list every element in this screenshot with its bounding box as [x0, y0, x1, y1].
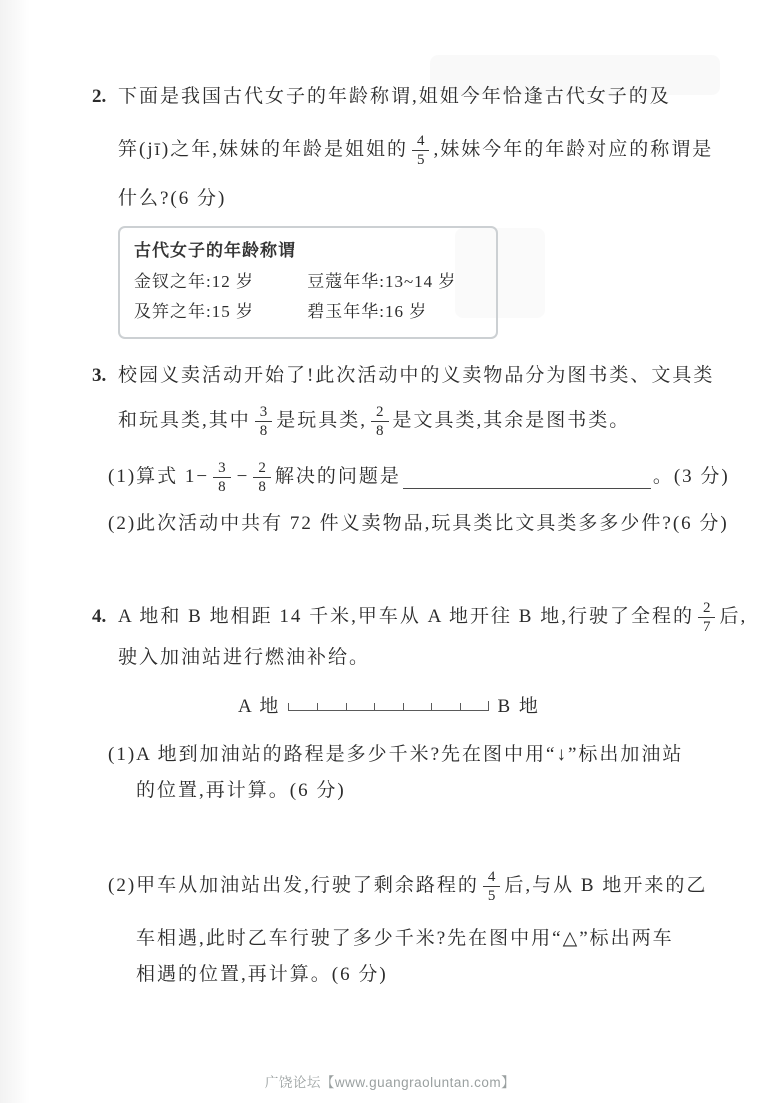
location-b-label: B 地	[497, 691, 539, 718]
question-4-sub2-text: (2)甲车从加油站出发,行驶了剩余路程的	[108, 875, 479, 897]
question-2-line2: 笄(jī)之年,妹妹的年龄是姐姐的 4 5 ,妹妹今年的年龄对应的称谓是	[118, 122, 722, 178]
tick-segment	[460, 703, 489, 710]
tick-segment	[288, 703, 317, 710]
question-3-text: 校园义卖活动开始了!此次活动中的义卖物品分为图书类、文具类	[118, 365, 714, 387]
question-3-text: 是文具类,其余是图书类。	[393, 410, 631, 432]
age-title-entry: 豆蔻年华:13~14 岁	[307, 272, 456, 291]
question-3-text: 和玩具类,其中	[118, 410, 251, 432]
fraction-two-eighths: 2 8	[253, 459, 271, 496]
question-4-sub2-line2: 车相遇,此时乙车行驶了多少千米?先在图中用“△”标出两车	[136, 928, 722, 950]
fraction-three-eighths: 3 8	[255, 403, 273, 440]
question-2-text: ,妹妹今年的年龄对应的称谓是	[433, 139, 713, 161]
question-2-line3: 什么?(6 分)	[118, 188, 722, 210]
question-2-text: 下面是我国古代女子的年龄称谓,姐姐今年恰逢古代女子的及	[118, 86, 671, 108]
distance-line-ticks	[288, 701, 489, 711]
fraction-denominator: 5	[412, 151, 430, 169]
question-4: 4. A 地和 B 地相距 14 千米,甲车从 A 地开往 B 地,行驶了全程的…	[92, 589, 722, 986]
question-4-sub2-text: 后,与从 B 地开来的乙	[504, 875, 707, 897]
fraction-four-fifths: 4 5	[483, 868, 501, 905]
question-2-number: 2.	[92, 86, 118, 108]
fraction-three-eighths: 3 8	[213, 459, 231, 496]
fraction-numerator: 2	[253, 459, 271, 478]
fraction-numerator: 2	[371, 403, 389, 422]
question-3: 3. 校园义卖活动开始了!此次活动中的义卖物品分为图书类、文具类 和玩具类,其中…	[92, 365, 722, 535]
fraction-numerator: 3	[255, 403, 273, 422]
tick-segment	[403, 703, 432, 710]
location-a-label: A 地	[238, 691, 280, 718]
tick-segment	[374, 703, 403, 710]
age-titles-row: 金钗之年:12 岁 豆蔻年华:13~14 岁	[134, 267, 482, 297]
question-4-line1: 4. A 地和 B 地相距 14 千米,甲车从 A 地开往 B 地,行驶了全程的…	[92, 589, 722, 645]
question-3-sub1-text: 解决的问题是	[275, 466, 401, 488]
question-4-number: 4.	[92, 606, 118, 628]
fraction-denominator: 8	[213, 478, 231, 496]
fraction-denominator: 8	[253, 478, 271, 496]
fraction-two-eighths: 2 8	[371, 403, 389, 440]
age-title-entry: 金钗之年:12 岁	[134, 267, 302, 297]
scan-artifact	[0, 0, 30, 1103]
answer-blank-line	[403, 466, 651, 489]
fraction-four-fifths: 4 5	[412, 132, 430, 169]
question-4-sub1-line2: 的位置,再计算。(6 分)	[136, 780, 722, 802]
question-3-number: 3.	[92, 365, 118, 387]
age-title-entry: 及笄之年:15 岁	[134, 297, 302, 327]
fraction-denominator: 7	[698, 618, 716, 636]
question-3-line1: 3. 校园义卖活动开始了!此次活动中的义卖物品分为图书类、文具类	[92, 365, 722, 387]
question-4-line2: 驶入加油站进行燃油补给。	[118, 647, 722, 669]
tick-segment	[346, 703, 375, 710]
worksheet-content: 2. 下面是我国古代女子的年龄称谓,姐姐今年恰逢古代女子的及 笄(jī)之年,妹…	[92, 86, 722, 986]
question-2-text: 笄(jī)之年,妹妹的年龄是姐姐的	[118, 139, 408, 161]
fraction-denominator: 5	[483, 887, 501, 905]
question-3-sub1-text: (1)算式 1−	[108, 466, 209, 488]
question-3-sub1-text: 。(3 分)	[653, 466, 730, 488]
fraction-numerator: 4	[483, 868, 501, 887]
age-titles-box-title: 古代女子的年龄称谓	[134, 236, 482, 261]
fraction-denominator: 8	[371, 422, 389, 440]
question-4-sub1-line1: (1)A 地到加油站的路程是多少千米?先在图中用“↓”标出加油站	[108, 744, 722, 766]
fraction-numerator: 2	[698, 599, 716, 618]
fraction-denominator: 8	[255, 422, 273, 440]
age-title-entry: 碧玉年华:16 岁	[307, 302, 427, 321]
question-2-line1: 2. 下面是我国古代女子的年龄称谓,姐姐今年恰逢古代女子的及	[92, 86, 722, 108]
footer-watermark: 广饶论坛【www.guangraoluntan.com】	[0, 1071, 780, 1091]
question-3-sub1: (1)算式 1− 3 8 − 2 8 解决的问题是 。(3 分)	[108, 449, 722, 505]
question-3-line2: 和玩具类,其中 3 8 是玩具类, 2 8 是文具类,其余是图书类。	[118, 393, 722, 449]
fraction-two-sevenths: 2 7	[698, 599, 716, 636]
question-3-text: 是玩具类,	[276, 410, 367, 432]
question-4-sub2-line3: 相遇的位置,再计算。(6 分)	[136, 964, 722, 986]
question-4-text: 后,	[719, 606, 747, 628]
question-3-sub2: (2)此次活动中共有 72 件义卖物品,玩具类比文具类多多少件?(6 分)	[108, 513, 722, 535]
fraction-numerator: 4	[412, 132, 430, 151]
distance-line-diagram: A 地 B 地	[238, 691, 722, 718]
minus-sign: −	[237, 466, 248, 488]
fraction-numerator: 3	[213, 459, 231, 478]
question-2: 2. 下面是我国古代女子的年龄称谓,姐姐今年恰逢古代女子的及 笄(jī)之年,妹…	[92, 86, 722, 339]
age-titles-row: 及笄之年:15 岁 碧玉年华:16 岁	[134, 297, 482, 327]
worksheet-page: 2. 下面是我国古代女子的年龄称谓,姐姐今年恰逢古代女子的及 笄(jī)之年,妹…	[0, 0, 780, 1103]
question-4-sub2-line1: (2)甲车从加油站出发,行驶了剩余路程的 4 5 后,与从 B 地开来的乙	[108, 858, 722, 914]
age-titles-box: 古代女子的年龄称谓 金钗之年:12 岁 豆蔻年华:13~14 岁 及笄之年:15…	[118, 226, 498, 339]
tick-segment	[431, 703, 460, 710]
tick-segment	[317, 703, 346, 710]
question-4-text: A 地和 B 地相距 14 千米,甲车从 A 地开往 B 地,行驶了全程的	[118, 606, 694, 628]
